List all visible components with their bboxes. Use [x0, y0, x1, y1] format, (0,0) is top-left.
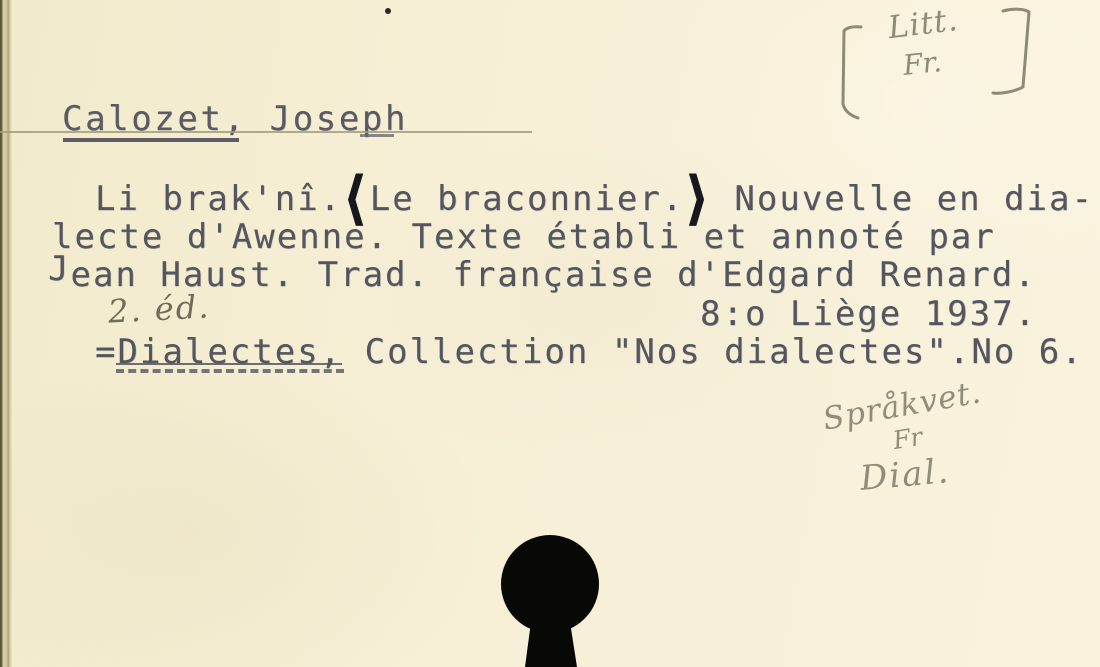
scanned-catalog-card: { "card": { "classification_tag": { "lin…: [0, 0, 1100, 667]
series-name: Dialectes,: [117, 332, 342, 372]
classification-tag-fr: Fr.: [901, 45, 943, 82]
card-left-edge-shadow: [0, 0, 12, 667]
edition-note-handwritten: 2. éd.: [107, 287, 211, 330]
keyhole-icon: [501, 535, 599, 667]
heading-underline-short: [360, 134, 394, 137]
title-line-2: lecte d'Awenne. Texte établi et annoté p…: [52, 218, 996, 256]
title-translation: Le braconnier.: [370, 179, 685, 219]
ruled-line: [0, 131, 532, 133]
title-line-3-rest: ean Haust. Trad. française d'Edgard Rena…: [70, 255, 1036, 295]
heading-underline: [63, 138, 239, 142]
ink-speck: [385, 8, 391, 14]
left-bracket-stroke: [843, 27, 861, 118]
title-continued: Nouvelle en dia-: [712, 179, 1094, 219]
series-rest: Collection "Nos dialectes".No 6.: [342, 332, 1084, 372]
series-line: =Dialectes, Collection "Nos dialectes".N…: [95, 333, 1084, 371]
raised-initial: J: [48, 250, 70, 288]
classification-tag-litt: Litt.: [886, 2, 960, 46]
series-underline-dashed: [116, 369, 344, 373]
series-underline-solid: [116, 363, 342, 365]
annotation-dial: Dial.: [858, 451, 951, 499]
annotation-fr: Fr: [891, 422, 924, 455]
imprint-line: 8:o Liège 1937.: [700, 295, 1037, 333]
equals-sign: =: [95, 332, 117, 372]
right-bracket-stroke: [993, 9, 1029, 93]
title-text: Li brak'nî.: [95, 179, 342, 219]
title-line-1: Li brak'nî.⟨Le braconnier.⟩ Nouvelle en …: [95, 180, 1094, 218]
